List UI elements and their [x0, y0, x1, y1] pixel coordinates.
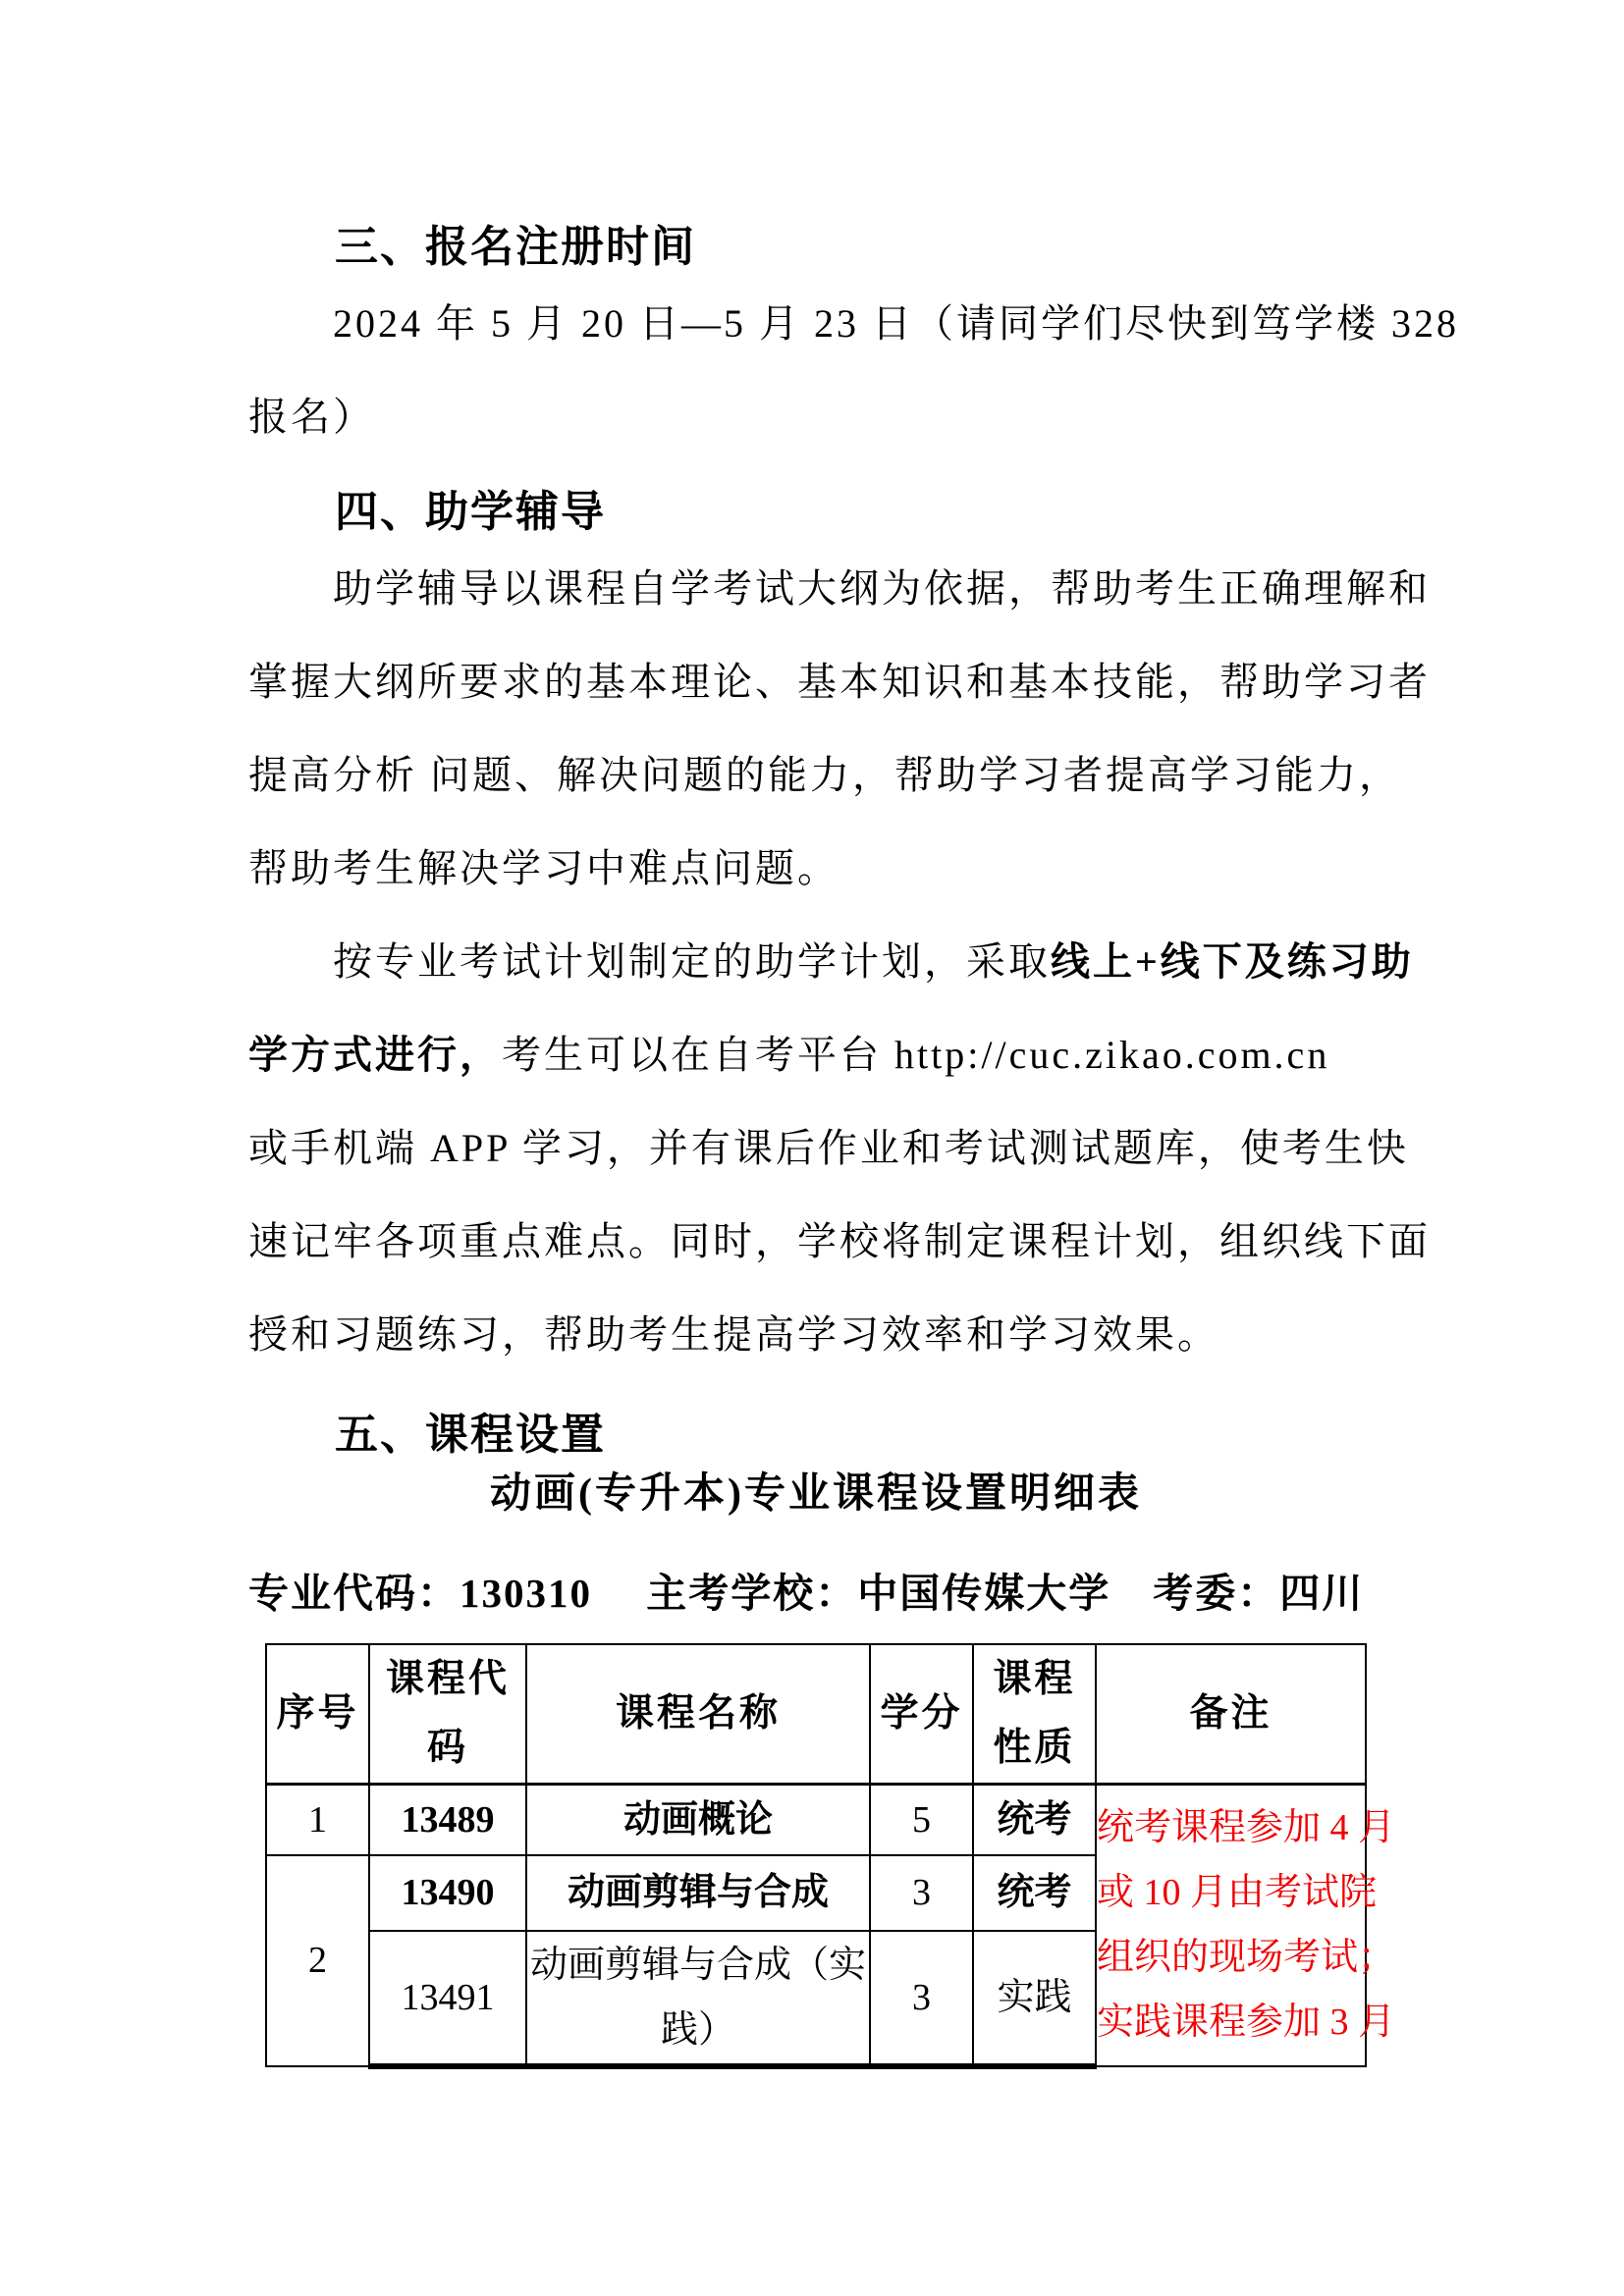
- table-cell: 3: [870, 1855, 973, 1931]
- text-line: 学方式进行，考生可以在自考平台 http://cuc.zikao.com.cn: [248, 1008, 1383, 1101]
- table-cell: 统考: [973, 1855, 1096, 1931]
- text-run: 帮助考生解决学习中难点问题。: [248, 846, 839, 890]
- text-line: 提高分析 问题、解决问题的能力，帮助学习者提高学习能力，: [248, 728, 1383, 822]
- paragraph-tutoring-intro: 助学辅导以课程自学考试大纲为依据，帮助考生正确理解和掌握大纲所要求的基本理论、基…: [248, 542, 1383, 915]
- text-run: 速记牢各项重点难点。同时，学校将制定课程计划，组织线下面: [248, 1219, 1431, 1263]
- course-table-title: 动画(专升本)专业课程设置明细表: [248, 1465, 1383, 1523]
- section-heading-tutoring: 四、助学辅导: [248, 483, 1383, 542]
- program-meta-line: 专业代码：130310 主考学校：中国传媒大学 考委：四川: [248, 1565, 1383, 1622]
- course-table-header-row: 序号课程代码课程名称学分课程性质备注: [266, 1644, 1366, 1785]
- text-run: 按专业考试计划制定的助学计划，采取: [333, 939, 1051, 984]
- table-cell: 3: [870, 1931, 973, 2066]
- text-line: 报名）: [248, 370, 1383, 463]
- table-cell: 13490: [369, 1855, 526, 1931]
- text-run: 掌握大纲所要求的基本理论、基本知识和基本技能，帮助学习者: [248, 660, 1431, 704]
- text-run: 授和习题练习，帮助考生提高学习效率和学习效果。: [248, 1312, 1219, 1357]
- text-line: 2024 年 5 月 20 日—5 月 23 日（请同学们尽快到笃学楼 328: [248, 277, 1383, 370]
- text-run: 助学辅导以课程自学考试大纲为依据，帮助考生正确理解和: [333, 566, 1431, 611]
- paragraph-registration-date: 2024 年 5 月 20 日—5 月 23 日（请同学们尽快到笃学楼 328报…: [248, 277, 1383, 463]
- paragraph-tutoring-plan: 按专业考试计划制定的助学计划，采取线上+线下及练习助学方式进行，考生可以在自考平…: [248, 915, 1383, 1381]
- remark-line: 组织的现场考试；: [1097, 1925, 1365, 1990]
- table-header-cell: 学分: [870, 1644, 973, 1785]
- table-cell: 2: [266, 1855, 369, 2066]
- text-run: 或手机端 APP 学习，并有课后作业和考试测试题库，使考生快: [248, 1126, 1409, 1170]
- table-cell: 1: [266, 1785, 369, 1855]
- text-line: 速记牢各项重点难点。同时，学校将制定课程计划，组织线下面: [248, 1195, 1383, 1288]
- text-line: 助学辅导以课程自学考试大纲为依据，帮助考生正确理解和: [248, 542, 1383, 635]
- text-run: 提高分析 问题、解决问题的能力，帮助学习者提高学习能力，: [248, 753, 1401, 797]
- table-cell: 实践: [973, 1931, 1096, 2066]
- text-line: 掌握大纲所要求的基本理论、基本知识和基本技能，帮助学习者: [248, 635, 1383, 728]
- section-heading-courses: 五、课程设置: [248, 1406, 1383, 1465]
- text-line: 或手机端 APP 学习，并有课后作业和考试测试题库，使考生快: [248, 1101, 1383, 1195]
- section-heading-registration-time: 三、报名注册时间: [248, 218, 1383, 277]
- text-run: 2024 年 5 月 20 日—5 月 23 日（请同学们尽快到笃学楼 328: [333, 301, 1459, 346]
- text-run: 报名）: [248, 395, 375, 439]
- table-header-cell: 课程名称: [526, 1644, 870, 1785]
- table-cell: 动画概论: [526, 1785, 870, 1855]
- remark-line: 或 10 月由考试院: [1097, 1860, 1365, 1925]
- course-table-body: 113489动画概论5统考统考课程参加 4 月或 10 月由考试院组织的现场考试…: [266, 1785, 1366, 2066]
- text-line: 帮助考生解决学习中难点问题。: [248, 822, 1383, 915]
- table-cell: 动画剪辑与合成（实践）: [526, 1931, 870, 2066]
- table-cell: 动画剪辑与合成: [526, 1855, 870, 1931]
- bold-text-run: 学方式进行，: [248, 1033, 502, 1077]
- table-header-cell: 备注: [1096, 1644, 1366, 1785]
- page-content: 三、报名注册时间 2024 年 5 月 20 日—5 月 23 日（请同学们尽快…: [0, 0, 1624, 2069]
- bold-text-run: 线上+线下及练习助: [1051, 939, 1414, 984]
- course-table: 序号课程代码课程名称学分课程性质备注 113489动画概论5统考统考课程参加 4…: [265, 1643, 1367, 2069]
- table-header-cell: 课程性质: [973, 1644, 1096, 1785]
- document-page: 三、报名注册时间 2024 年 5 月 20 日—5 月 23 日（请同学们尽快…: [0, 0, 1624, 2296]
- text-line: 按专业考试计划制定的助学计划，采取线上+线下及练习助: [248, 915, 1383, 1008]
- text-run: 考生可以在自考平台 http://cuc.zikao.com.cn: [502, 1033, 1329, 1077]
- text-line: 授和习题练习，帮助考生提高学习效率和学习效果。: [248, 1288, 1383, 1381]
- table-cell: 13491: [369, 1931, 526, 2066]
- remark-cell: 统考课程参加 4 月或 10 月由考试院组织的现场考试；实践课程参加 3 月: [1096, 1785, 1366, 2066]
- table-header-cell: 序号: [266, 1644, 369, 1785]
- table-cell: 5: [870, 1785, 973, 1855]
- table-cell: 13489: [369, 1785, 526, 1855]
- table-row: 113489动画概论5统考统考课程参加 4 月或 10 月由考试院组织的现场考试…: [266, 1785, 1366, 1855]
- remark-line: 实践课程参加 3 月: [1097, 1990, 1365, 2055]
- table-cell: 统考: [973, 1785, 1096, 1855]
- remark-line: 统考课程参加 4 月: [1097, 1795, 1365, 1860]
- table-header-cell: 课程代码: [369, 1644, 526, 1785]
